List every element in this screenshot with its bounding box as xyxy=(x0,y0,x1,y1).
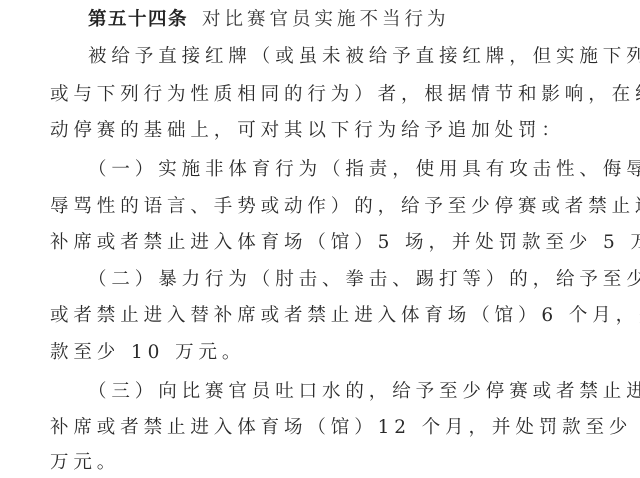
intro-line-2: 或与下列行为性质相同的行为）者，根据情节和影响，在红牌自 xyxy=(50,80,640,110)
intro-line-3: 动停赛的基础上，可对其以下行为给予追加处罚： xyxy=(50,116,565,146)
item3-line-1: （三）向比赛官员吐口水的，给予至少停赛或者禁止进入替 xyxy=(88,377,640,407)
item1-line-1: （一）实施非体育行为（指责，使用具有攻击性、侮辱性或 xyxy=(88,155,640,185)
article-number: 第五十四条 xyxy=(88,9,188,30)
item2-line-3: 款至少 10 万元。 xyxy=(50,338,245,368)
intro-line-1: 被给予直接红牌（或虽未被给予直接红牌，但实施下列行为 xyxy=(88,42,640,72)
item1-line-2: 辱骂性的语言、手势或动作）的，给予至少停赛或者禁止进入替 xyxy=(50,192,640,222)
item3-line-2: 补席或者禁止进入体育场（馆）12 个月，并处罚款至少 20 xyxy=(50,413,640,443)
article-heading: 对比赛官员实施不当行为 xyxy=(202,9,450,30)
article-title: 第五十四条对比赛官员实施不当行为 xyxy=(88,5,450,35)
item2-line-2: 或者禁止进入替补席或者禁止进入体育场（馆）6 个月，并处罚 xyxy=(50,301,640,331)
item2-line-1: （二）暴力行为（肘击、拳击、踢打等）的，给予至少停赛 xyxy=(88,265,640,295)
item1-line-3: 补席或者禁止进入体育场（馆）5 场，并处罚款至少 5 万元。 xyxy=(50,228,640,258)
item3-line-3: 万元。 xyxy=(50,448,120,478)
